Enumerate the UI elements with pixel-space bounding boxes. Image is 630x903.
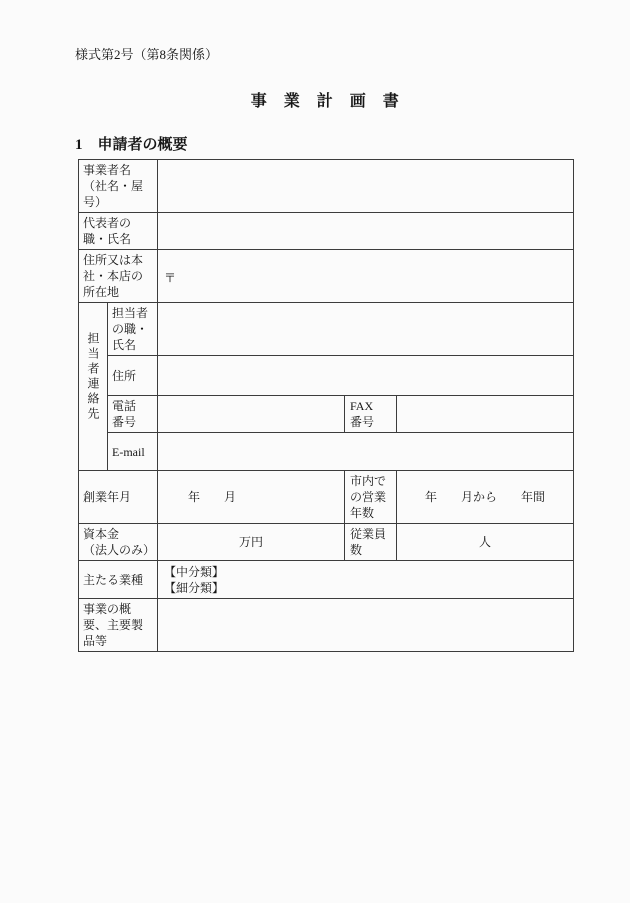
table-row-representative: 代表者の 職・氏名 — [79, 213, 574, 250]
business-name-label: 事業者名 （社名・屋 号） — [79, 160, 158, 213]
form-number: 様式第2号（第8条関係） — [75, 47, 575, 62]
phone-label: 電話 番号 — [108, 396, 158, 433]
postal-mark: 〒 — [164, 271, 176, 285]
overview-field — [158, 599, 574, 652]
employees-label: 従業員 数 — [345, 524, 397, 561]
address-field: 〒 — [158, 250, 574, 303]
employees-value: 人 — [397, 524, 574, 561]
table-row-contact-address: 住所 — [79, 356, 574, 396]
contact-address-label: 住所 — [108, 356, 158, 396]
table-row-business-name: 事業者名 （社名・屋 号） — [79, 160, 574, 213]
table-row-phone-fax: 電話 番号 FAX 番号 — [79, 396, 574, 433]
address-label: 住所又は本 社・本店の 所在地 — [79, 250, 158, 303]
table-row-overview: 事業の概 要、主要製 品等 — [79, 599, 574, 652]
contact-group-label: 担当者連絡先 — [79, 303, 108, 471]
table-row-founding: 創業年月 年 月 市内で の営業 年数 年 月から 年間 — [79, 471, 574, 524]
document-page: 様式第2号（第8条関係） 事 業 計 画 書 1 申請者の概要 事業者名 （社名… — [0, 0, 630, 903]
table-row-contact-person: 担当者連絡先 担当者 の職・ 氏名 — [79, 303, 574, 356]
table-row-address: 住所又は本 社・本店の 所在地 〒 — [79, 250, 574, 303]
representative-label: 代表者の 職・氏名 — [79, 213, 158, 250]
table-row-capital: 資本金 （法人のみ） 万円 従業員 数 人 — [79, 524, 574, 561]
email-field — [158, 433, 574, 471]
contact-person-label: 担当者 の職・ 氏名 — [108, 303, 158, 356]
founding-label: 創業年月 — [79, 471, 158, 524]
overview-label: 事業の概 要、主要製 品等 — [79, 599, 158, 652]
contact-group-label-text: 担当者連絡先 — [86, 332, 100, 422]
contact-person-field — [158, 303, 574, 356]
industry-label: 主たる業種 — [79, 561, 158, 599]
email-label: E-mail — [108, 433, 158, 471]
industry-value: 【中分類】 【細分類】 — [158, 561, 574, 599]
document-title: 事 業 計 画 書 — [75, 93, 575, 111]
capital-label: 資本金 （法人のみ） — [79, 524, 158, 561]
founding-value: 年 月 — [158, 471, 345, 524]
business-years-value: 年 月から 年間 — [397, 471, 574, 524]
contact-address-field — [158, 356, 574, 396]
fax-field — [397, 396, 574, 433]
section-heading: 1 申請者の概要 — [75, 137, 575, 154]
capital-value: 万円 — [158, 524, 345, 561]
fax-label: FAX 番号 — [345, 396, 397, 433]
applicant-overview-table: 事業者名 （社名・屋 号） 代表者の 職・氏名 住所又は本 社・本店の 所在地 … — [78, 159, 574, 652]
table-row-industry: 主たる業種 【中分類】 【細分類】 — [79, 561, 574, 599]
representative-field — [158, 213, 574, 250]
phone-field — [158, 396, 345, 433]
business-name-field — [158, 160, 574, 213]
business-years-label: 市内で の営業 年数 — [345, 471, 397, 524]
table-row-email: E-mail — [79, 433, 574, 471]
